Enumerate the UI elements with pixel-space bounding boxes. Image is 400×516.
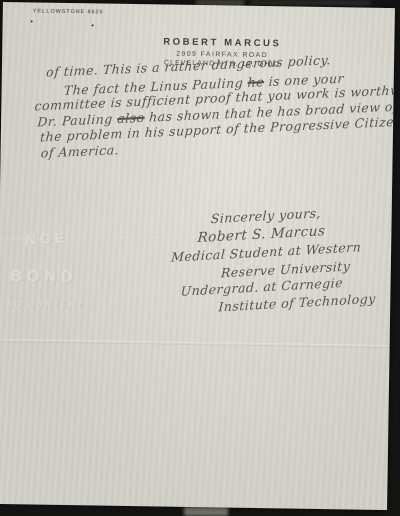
struck-out-word: also (117, 110, 145, 126)
handwritten-line: Sincerely yours, (210, 205, 321, 226)
handwritten-line: of America. (40, 142, 119, 160)
scanner-glare (250, 0, 370, 6)
scanner-glare (184, 506, 228, 516)
paper-speck (31, 20, 33, 22)
paper-fold-line (0, 339, 390, 348)
paper-watermark-text: AG CONTENT (6, 299, 84, 310)
paper-speck (92, 24, 94, 26)
paper-watermark-text: BOND (11, 268, 78, 287)
letterhead-phone: YELLOWSTONE 8625 (33, 8, 104, 15)
paper-watermark-text: NCE (25, 230, 70, 249)
letter-page: YELLOWSTONE 8625 ROBERT MARCUS 2909 FAIR… (0, 2, 395, 510)
